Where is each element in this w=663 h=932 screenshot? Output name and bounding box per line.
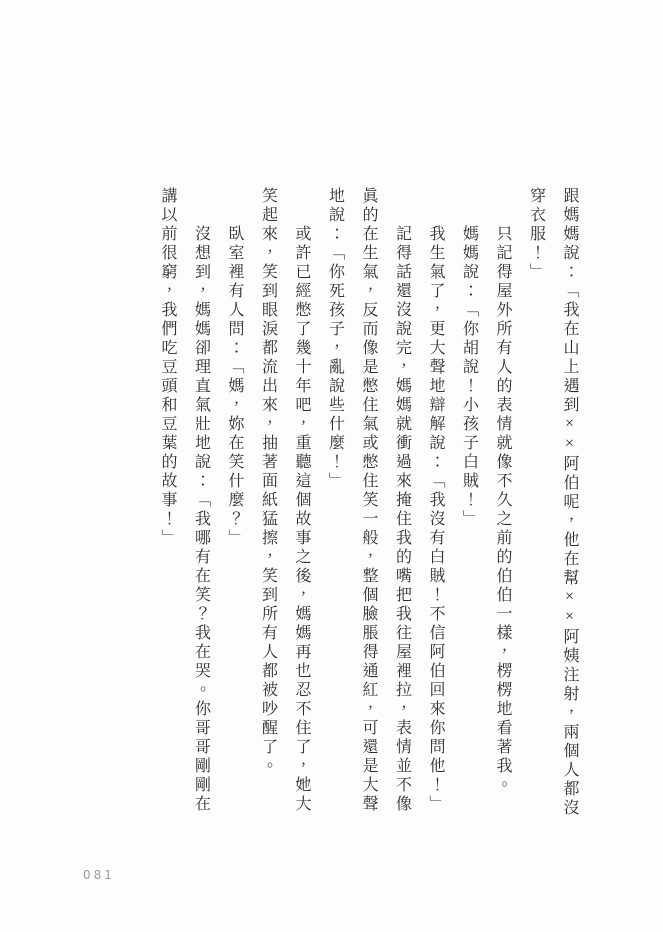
- paragraph: 或許已經憋了幾十年吧，重聽這個故事之後，媽媽再也忍不住了，她大笑起來，笑到眼淚都…: [251, 187, 318, 827]
- paragraph: 沒想到，媽媽卻理直氣壯地說：「我哪有在笑？我在哭。你哥哥剛剛在講以前很窮，我們吃…: [151, 187, 218, 827]
- paragraph: 跟媽媽說：「我在山上遇到××阿伯呢，他在幫××阿姨注射，兩個人都沒穿衣服！」: [519, 187, 586, 827]
- book-page: 跟媽媽說：「我在山上遇到××阿伯呢，他在幫××阿姨注射，兩個人都沒穿衣服！」 只…: [0, 0, 663, 932]
- paragraph: 記得話還沒說完，媽媽就衝過來掩住我的嘴把我往屋裡拉，表情並不像眞的在生氣，反而像…: [318, 187, 419, 827]
- page-text-block: 跟媽媽說：「我在山上遇到××阿伯呢，他在幫××阿姨注射，兩個人都沒穿衣服！」 只…: [151, 187, 587, 827]
- paragraph: 媽媽說：「你胡說！小孩子白賊！」: [452, 187, 486, 827]
- paragraph: 我生氣了，更大聲地辯解說：「我沒有白賊！不信阿伯回來你問他！」: [419, 187, 453, 827]
- paragraph: 只記得屋外所有人的表情就像不久之前的伯伯一樣，楞楞地看著我。: [486, 187, 520, 827]
- paragraph: 臥室裡有人問：「媽，妳在笑什麼？」: [218, 187, 252, 827]
- page-number: 081: [83, 868, 115, 882]
